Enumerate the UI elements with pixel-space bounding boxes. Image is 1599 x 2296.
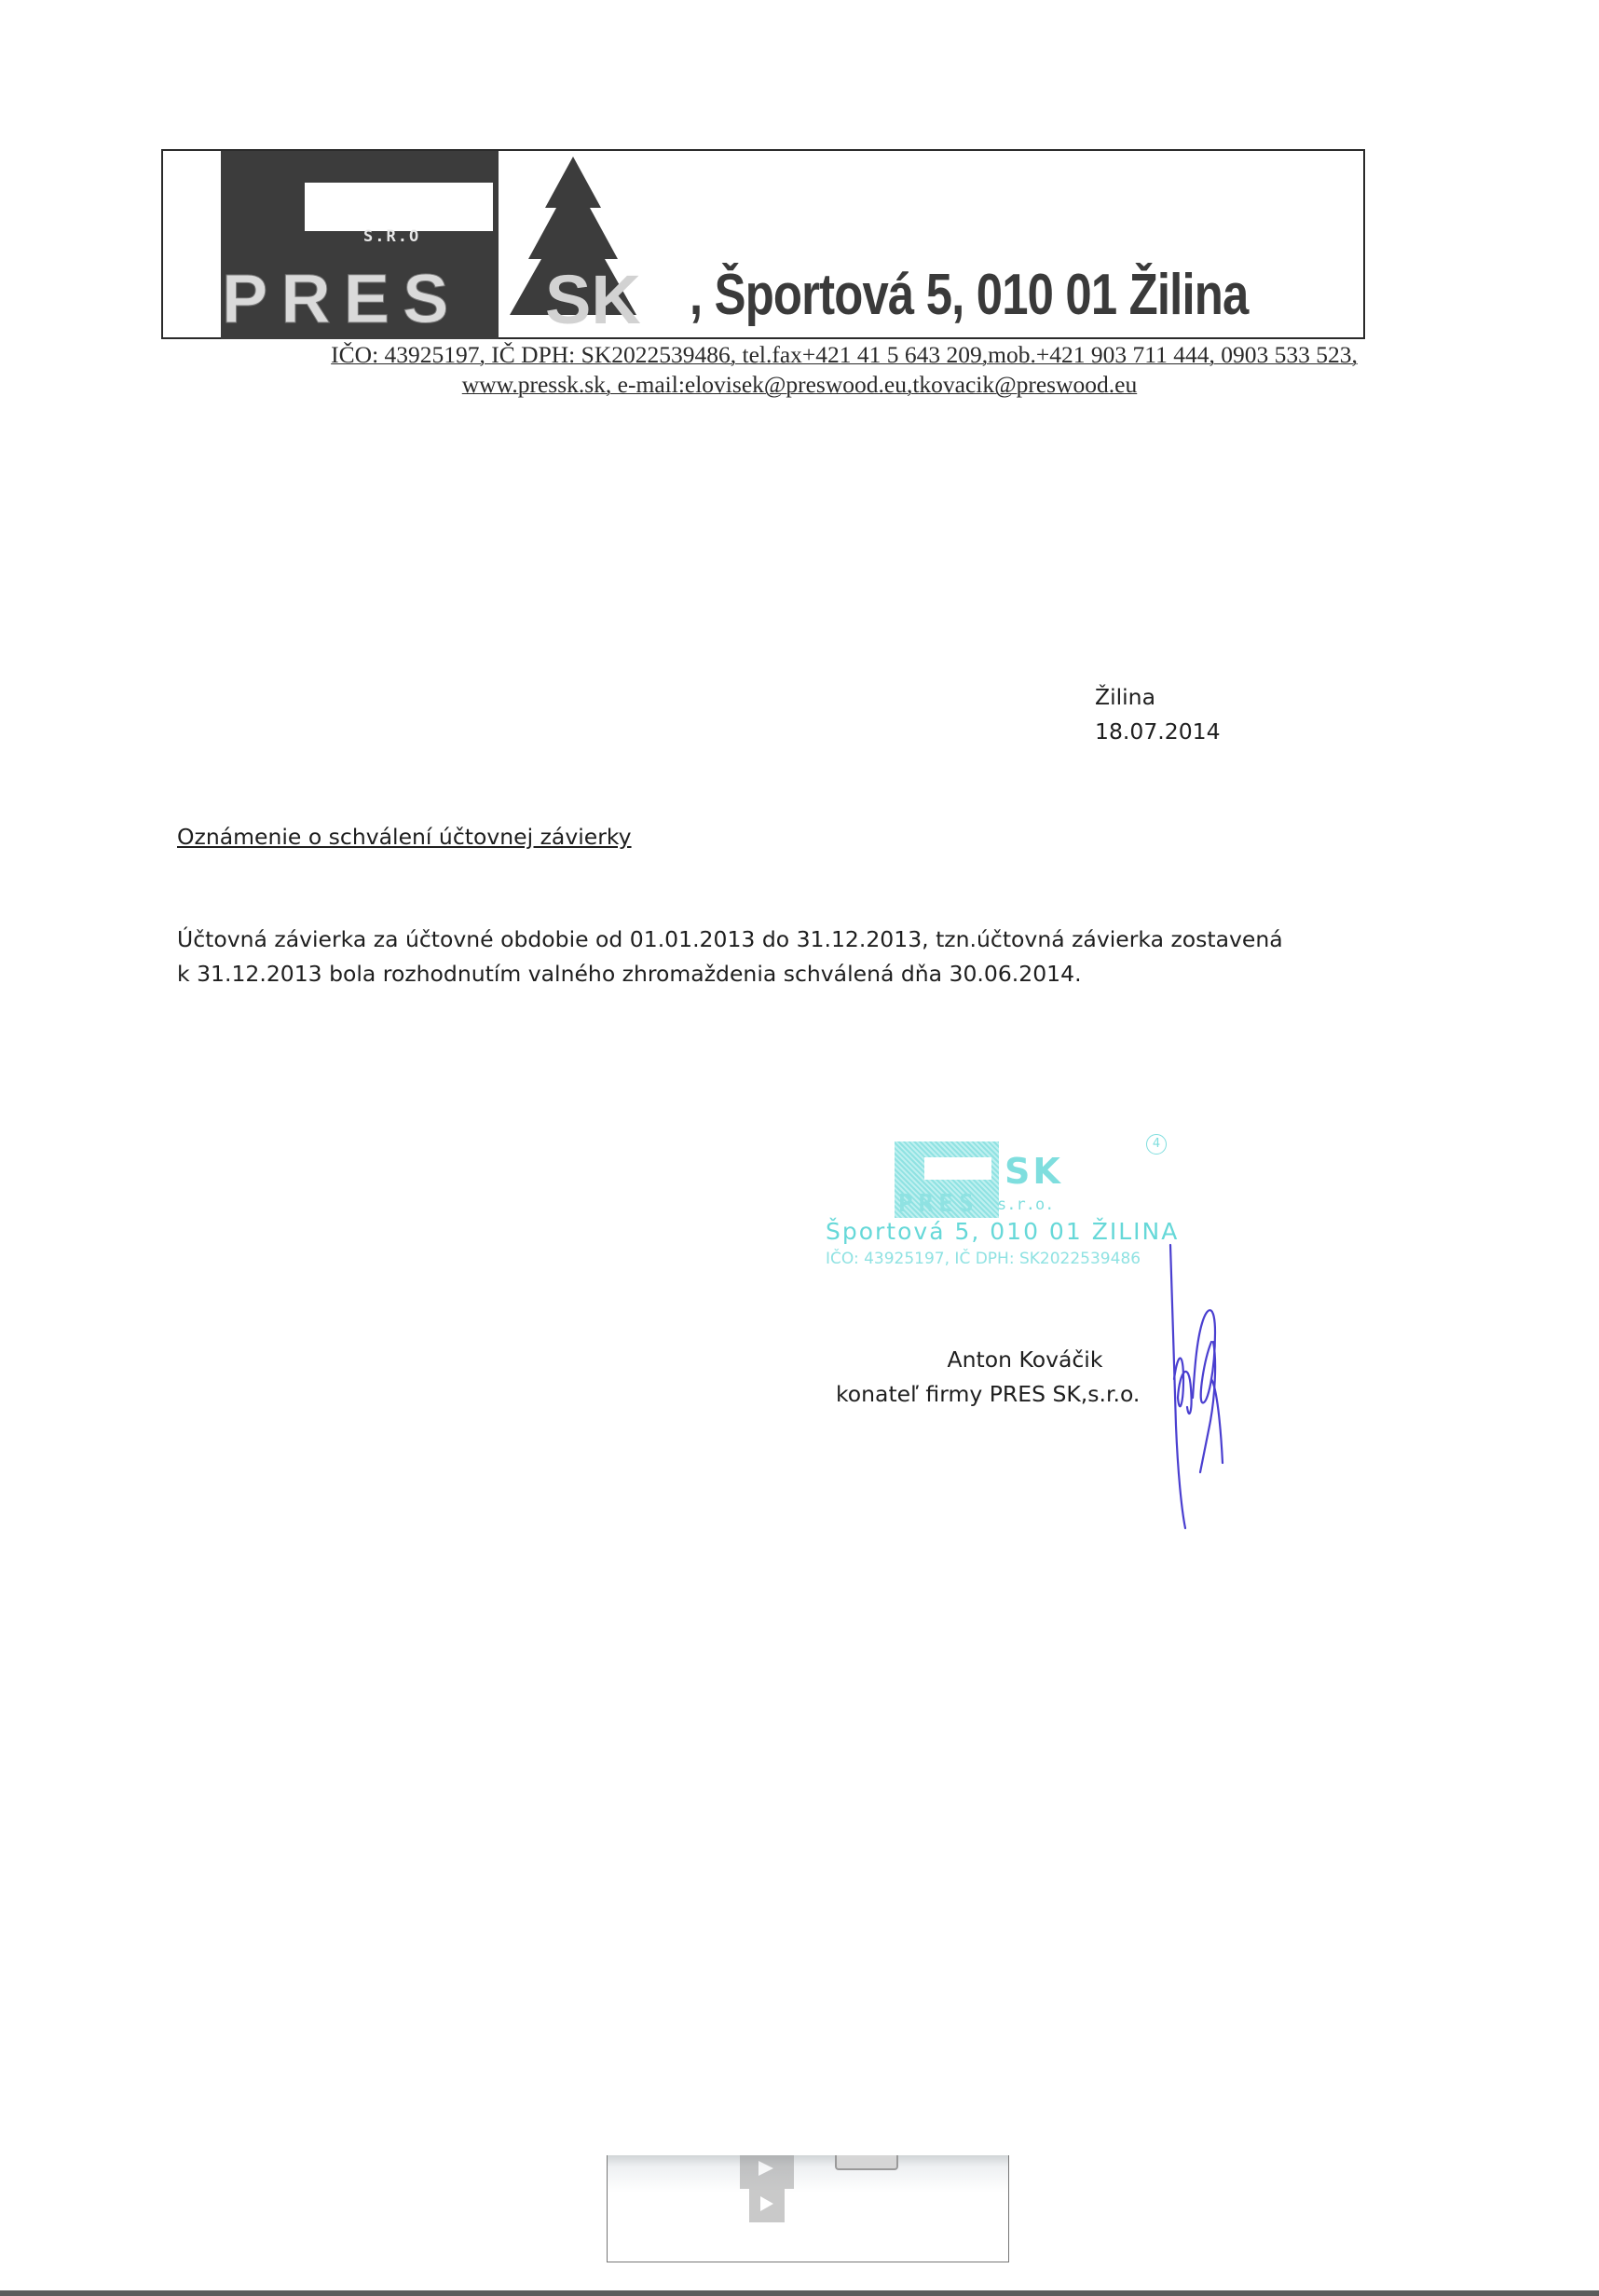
scanner-tab xyxy=(835,2155,898,2170)
stamp-logo-pres: PRES xyxy=(898,1190,979,1218)
stamp-logo-p-counter xyxy=(924,1157,991,1180)
signatory-role: konateľ firmy PRES SK,s.r.o. xyxy=(836,1377,1140,1412)
body-line-1: Účtovná závierka za účtovné obdobie od 0… xyxy=(177,922,1388,957)
signatory-name: Anton Kováčik xyxy=(909,1343,1141,1377)
stamp-address: Športová 5, 010 01 ŽILINA xyxy=(826,1218,1179,1245)
logo-name-pres: PRES xyxy=(222,265,462,334)
stamp-logo-sk: SK xyxy=(1004,1151,1063,1192)
scanner-edge xyxy=(0,2290,1599,2296)
document-subject: Oznámenie o schválení účtovnej závierky xyxy=(177,820,632,854)
document-date: 18.07.2014 xyxy=(1095,715,1221,749)
letterhead-contact-ids-phones: IČO: 43925197, IČ DPH: SK2022539486, tel… xyxy=(45,341,1599,369)
stamp-number: 4 xyxy=(1146,1134,1167,1155)
stamp-ids: IČO: 43925197, IČ DPH: SK2022539486 xyxy=(826,1250,1141,1268)
body-line-2: k 31.12.2013 bola rozhodnutím valného zh… xyxy=(177,957,1388,991)
logo-p-counter xyxy=(305,183,493,231)
document-place: Žilina xyxy=(1095,680,1155,715)
stamp-logo-sro: s.r.o. xyxy=(997,1196,1054,1214)
handwritten-signature xyxy=(1146,1239,1258,1537)
logo-legal-form: S.R.O xyxy=(363,227,420,246)
letterhead-contact-web-email: www.pressk.sk, e-mail:elovisek@preswood.… xyxy=(0,371,1599,399)
film-strip-icon xyxy=(740,2155,794,2222)
scanner-artifact xyxy=(607,2155,1009,2262)
document-body: Účtovná závierka za účtovné obdobie od 0… xyxy=(177,922,1388,991)
letterhead-address: , Športová 5, 010 01 Žilina xyxy=(690,263,1248,328)
logo-name-sk: SK xyxy=(545,266,641,335)
